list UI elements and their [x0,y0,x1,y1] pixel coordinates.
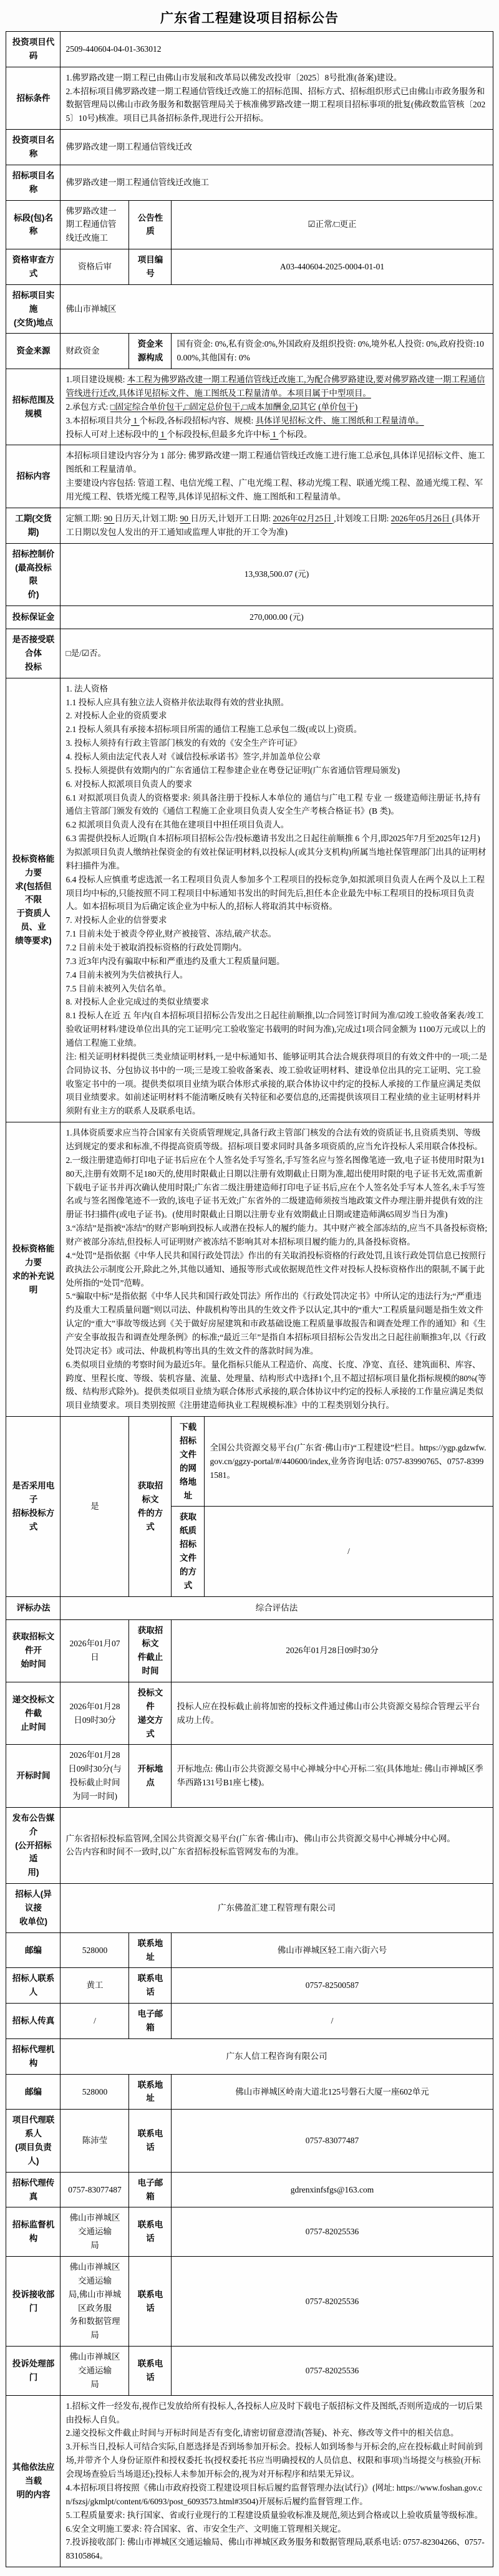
download-address-label: 下载招标文件的网络地址 [172,1417,205,1507]
funding-composition-value: 国有资金: 0%,私有资金:0%,外国政府及组织投资: 0%,境外私人投资: 0… [172,334,493,369]
tender-content-label: 招标内容 [6,445,61,508]
table-row: 投诉处理部门佛山市禅城区交通运输 局联系电话0757-82025536 [6,2347,493,2396]
table-row: 招标内容本招标项目建设内容分为 1 部分: 佛罗路改建一期工程通信管线迁改施工进… [6,445,493,508]
obtain-documents-deadline-label: 获取招标文 件截止时间 [129,1619,172,1682]
bid-submission-method-value: 投标人应在投标截止前将加密的投标文件通过佛山市公共资源交易综合管理云平台成功上传… [172,1682,493,1744]
bid-bond-value: 270,000.00 (元) [61,606,493,629]
text-segment: 个标段投标,但最多允许中标 [167,430,269,439]
table-row: 招标项目名称佛罗路改建一期工程通信管线迁改施工 [6,165,493,200]
table-row: 资格审查方式资格后审项目编号A03-440604-2025-0004-01-01 [6,249,493,285]
bid-opening-time-value: 2026年01月28日09时30分(与投标截止时间为同一时间) [61,1745,129,1807]
consortium-bid-value: □是/☑否。 [61,629,493,678]
announcement-table: 投资项目代码2509-440604-04-01-363012招标条件1.佛罗路改… [6,31,493,2567]
obtain-documents-start-value: 2026年01月07日 [61,1619,129,1682]
agency-contact-value: 陈沛莹 [61,2110,129,2172]
filled-blank-text: 90 [180,514,191,523]
table-row: 招标监督机构佛山市禅城区交通运输 局联系电话0757-82025536 [6,2207,493,2257]
table-row: 招标项目实施 (交货)地点佛山市禅城区 [6,284,493,334]
filled-blank-text: 1 [158,430,167,439]
agency-address-label: 联系地址 [129,2074,172,2110]
text-segment: 2.承包方式: [65,402,110,412]
tenderer-email-value: / [172,2004,493,2039]
tender-scope-label: 招标范围及规模 [6,369,61,445]
tenderer-address-label: 联系地址 [129,1932,172,1968]
table-row: 递交投标文件截 止时间2026年01月28日09时30分投标文件 递交方式投标人… [6,1682,493,1744]
tenderer-label: 招标人(异议接 收单位) [6,1884,61,1933]
delivery-location-label: 招标项目实施 (交货)地点 [6,284,61,334]
table-row: 开标时间2026年01月28日09时30分(与投标截止时间为同一时间)开标地点开… [6,1745,493,1807]
tenderer-postcode-label: 邮编 [6,1932,61,1968]
investment-project-name-label: 投资项目名称 [6,130,61,165]
tenderer-postcode-value: 528000 [61,1932,129,1968]
bid-submission-method-label: 投标文件 递交方式 [129,1682,172,1744]
agency-fax-value: 0757-83077487 [61,2172,129,2207]
tenderer-fax-value: / [61,2004,129,2039]
announcement-page: 广东省工程建设项目招标公告 投资项目代码2509-440604-04-01-36… [0,0,499,2576]
filled-blank-text: 具体详见招标文件、施工图纸和工程量清单。 [256,416,424,425]
tenderer-address-value: 佛山市禅城区轻工南六街六号 [172,1932,493,1968]
agency-address-value: 佛山市禅城区岭南大道北125号磐石大厦一座602单元 [172,2074,493,2110]
filled-blank-text: □固定综合单价包干,□固定总价包干,□成本加酬金,☑其它 (单价包干) [110,402,358,412]
tender-control-price-label: 招标控制价 (最高投标限 价) [6,543,61,605]
bid-section-name-value: 佛罗路改建一期工程通信管线迁改施工 [61,200,129,249]
supervision-phone-value: 0757-82025536 [172,2207,493,2257]
tender-project-name-value: 佛罗路改建一期工程通信管线迁改施工 [61,165,493,200]
table-row: 招标人联系人黄工联系电话0757-82500587 [6,1968,493,2004]
agency-phone-label: 联系电话 [129,2110,172,2172]
filled-blank-text: 2026年05月26日 [391,514,452,523]
download-address-value: 全国公共资源交易平台(广东省·佛山市)“工程建设”栏目。https://ygp.… [205,1417,493,1507]
supervision-agency-label: 招标监督机构 [6,2207,61,2257]
bid-bond-label: 投标保证金 [6,606,61,629]
complaint-handling-phone-label: 联系电话 [129,2347,172,2396]
page-title: 广东省工程建设项目招标公告 [0,0,499,31]
construction-period-label: 工期(交货期) [6,508,61,543]
tenderer-email-label: 电子邮箱 [129,2004,172,2039]
text-segment: 个标段,各标段招标内容、规模: [140,416,256,425]
funding-source-label: 资金来源 [6,334,61,369]
bid-opening-place-value: 开标地点: 佛山市公共资源交易中心禅城分中心开标二室(具体地址: 佛山市禅城区季… [172,1745,493,1807]
agency-postcode-value: 528000 [61,2074,129,2110]
delivery-location-value: 佛山市禅城区 [61,284,493,334]
table-row: 投标资格能力要 求的补充说明1.具体资质要求应当符合国家有关资质管理规定,具备行… [6,1122,493,1417]
table-row: 招标控制价 (最高投标限 价)13,938,500.07 (元) [6,543,493,605]
complaint-receiving-phone-value: 0757-82025536 [172,2257,493,2347]
project-number-value: A03-440604-2025-0004-01-01 [172,249,493,285]
filled-blank-text: 1 [131,416,140,425]
announcement-nature-label: 公告性质 [129,200,172,249]
agency-value: 广东人信工程咨询有限公司 [61,2038,493,2074]
filled-blank-text: 2026年02月25日 [273,514,334,523]
table-row: 资金来源财政资金资金来源构成国有资金: 0%,私有资金:0%,外国政府及组织投资… [6,334,493,369]
funding-composition-label: 资金来源构成 [129,334,172,369]
paper-documents-value: / [205,1507,493,1596]
text-segment: 日历天,计划开工日期: [190,514,273,523]
table-row: 标段(包)名称佛罗路改建一期工程通信管线迁改施工公告性质☑正常/□更正 [6,200,493,249]
text-segment: 定额工期: [65,514,104,523]
supervision-agency-value: 佛山市禅城区交通运输 局 [61,2207,129,2257]
investment-project-code-value: 2509-440604-04-01-363012 [61,32,493,67]
table-row: 评标办法综合评估法 [6,1596,493,1619]
table-row: 是否接受联合体 投标□是/☑否。 [6,629,493,678]
table-row: 招标人(异议接 收单位)广东佛盈汇建工程管理有限公司 [6,1884,493,1933]
table-row: 是否采用电子 招标投标方式是获取招标文 件的方式下载招标文件的网络地址全国公共资… [6,1417,493,1507]
text-segment: ,计划竣工日期: [334,514,391,523]
investment-project-code-label: 投资项目代码 [6,32,61,67]
table-row: 投标资格能力要 求(包括但不限 于资质人员、业 绩等要求)1. 法人资格 1.1… [6,678,493,1122]
complaint-handling-label: 投诉处理部门 [6,2347,61,2396]
consortium-bid-label: 是否接受联合体 投标 [6,629,61,678]
agency-email-label: 电子邮箱 [129,2172,172,2207]
other-content-value: 1.招标文件一经发布,视作已发放给所有投标人,各投标人应及时下载电子版招标文件及… [61,2395,493,2567]
text-segment: 个标段。 [278,430,312,439]
obtain-documents-deadline-value: 2026年01月28日09时30分 [172,1619,493,1682]
bid-opening-place-label: 开标地点 [129,1745,172,1807]
qualification-supplement-label: 投标资格能力要 求的补充说明 [6,1122,61,1417]
table-row: 招标人传真/电子邮箱/ [6,2004,493,2039]
complaint-receiving-phone-label: 联系电话 [129,2257,172,2347]
complaint-handling-value: 佛山市禅城区交通运输 局 [61,2347,129,2396]
tenderer-value: 广东佛盈汇建工程管理有限公司 [61,1884,493,1933]
evaluation-method-value: 综合评估法 [61,1596,493,1619]
qualification-review-method-value: 资格后审 [61,249,129,285]
announcement-media-label: 发布公告媒介 (公开招标适 用) [6,1807,61,1883]
construction-period-value: 定额工期: 90 日历天,计划工期: 90 日历天,计划开工日期: 2026年0… [61,508,493,543]
announcement-media-value: 广东省招标投标监管网,全国公共资源交易平台(广东省·佛山市)、佛山市公共资源交易… [61,1807,493,1883]
table-row: 其他依法应当载 明的内容1.招标文件一经发布,视作已发放给所有投标人,各投标人应… [6,2395,493,2567]
complaint-receiving-label: 投诉接收部门 [6,2257,61,2347]
tenderer-phone-value: 0757-82500587 [172,1968,493,2004]
agency-fax-label: 招标代理传真 [6,2172,61,2207]
obtain-documents-method-label: 获取招标文 件的方式 [129,1417,172,1596]
announcement-table-body: 投资项目代码2509-440604-04-01-363012招标条件1.佛罗路改… [6,32,493,2567]
tenderer-fax-label: 招标人传真 [6,2004,61,2039]
table-row: 招标范围及规模1.项目建设规模: 本工程为佛罗路改建一期工程通信管线迁改施工,为… [6,369,493,445]
table-row: 投诉接收部门佛山市禅城区交通运输 局,佛山市禅城区政务服 务和数据管理局联系电话… [6,2257,493,2347]
table-row: 工期(交货期)定额工期: 90 日历天,计划工期: 90 日历天,计划开工日期:… [6,508,493,543]
paper-documents-label: 获取纸质招标文件的方式 [172,1507,205,1596]
qualification-review-method-label: 资格审查方式 [6,249,61,285]
filled-blank-text: 1 [270,430,279,439]
agency-label: 招标代理机构 [6,2038,61,2074]
table-row: 投标保证金270,000.00 (元) [6,606,493,629]
tenderer-phone-label: 联系电话 [129,1968,172,2004]
table-row: 招标代理机构广东人信工程咨询有限公司 [6,2038,493,2074]
tender-control-price-value: 13,938,500.07 (元) [61,543,493,605]
bid-section-name-label: 标段(包)名称 [6,200,61,249]
announcement-nature-value: ☑正常/□更正 [172,200,493,249]
table-row: 项目代理联系人 (项目负责人)陈沛莹联系电话0757-83077487 [6,2110,493,2172]
bid-opening-time-label: 开标时间 [6,1745,61,1807]
filled-blank-text: 本工程为佛罗路改建一期工程通信管线迁改施工,为配合佛罗路建设,要对佛罗路改建一期… [65,375,485,398]
agency-postcode-label: 邮编 [6,2074,61,2110]
investment-project-name-value: 佛罗路改建一期工程通信管线迁改 [61,130,493,165]
evaluation-method-label: 评标办法 [6,1596,61,1619]
text-segment: 日历天,计划工期: [114,514,180,523]
project-number-label: 项目编号 [129,249,172,285]
text-segment: 投标人可对上述标段中的 [65,430,158,439]
supervision-phone-label: 联系电话 [129,2207,172,2257]
funding-source-value: 财政资金 [61,334,129,369]
tender-content-value: 本招标项目建设内容分为 1 部分: 佛罗路改建一期工程通信管线迁改施工进行施工总… [61,445,493,508]
tender-project-name-label: 招标项目名称 [6,165,61,200]
table-row: 投资项目名称佛罗路改建一期工程通信管线迁改 [6,130,493,165]
tenderer-contact-value: 黄工 [61,1968,129,2004]
tender-scope-value: 1.项目建设规模: 本工程为佛罗路改建一期工程通信管线迁改施工,为配合佛罗路建设… [61,369,493,445]
complaint-handling-phone-value: 0757-82025536 [172,2347,493,2396]
filled-blank-text: 90 [104,514,115,523]
table-row: 邮编528000联系地址佛山市禅城区轻工南六街六号 [6,1932,493,1968]
bid-submission-deadline-label: 递交投标文件截 止时间 [6,1682,61,1744]
tender-conditions-label: 招标条件 [6,67,61,129]
other-content-label: 其他依法应当载 明的内容 [6,2395,61,2567]
table-row: 招标条件1.佛罗路改建一期工程已由佛山市发展和改革局以佛发改投审〔2025〕8号… [6,67,493,129]
agency-phone-value: 0757-83077487 [172,2110,493,2172]
electronic-bidding-label: 是否采用电子 招标投标方式 [6,1417,61,1596]
table-row: 投资项目代码2509-440604-04-01-363012 [6,32,493,67]
tender-conditions-value: 1.佛罗路改建一期工程已由佛山市发展和改革局以佛发改投审〔2025〕8号批准(备… [61,67,493,129]
agency-email-value: gdrenxinfsfgs@163.com [172,2172,493,2207]
text-segment: 3.本招标项目共分 [65,416,131,425]
bid-submission-deadline-value: 2026年01月28日09时30分 [61,1682,129,1744]
table-row: 获取招标文件开 始时间2026年01月07日获取招标文 件截止时间2026年01… [6,1619,493,1682]
bidder-qualification-value: 1. 法人资格 1.1 投标人应具有独立法人资格并依法取得有效的营业执照。 2.… [61,678,493,1122]
complaint-receiving-value: 佛山市禅城区交通运输 局,佛山市禅城区政务服 务和数据管理局 [61,2257,129,2347]
electronic-bidding-value: 是 [61,1417,129,1596]
text-segment: 1.项目建设规模: [65,375,127,384]
table-row: 邮编528000联系地址佛山市禅城区岭南大道北125号磐石大厦一座602单元 [6,2074,493,2110]
tenderer-contact-label: 招标人联系人 [6,1968,61,2004]
obtain-documents-start-label: 获取招标文件开 始时间 [6,1619,61,1682]
table-row: 招标代理传真0757-83077487电子邮箱gdrenxinfsfgs@163… [6,2172,493,2207]
qualification-supplement-value: 1.具体资质要求应当符合国家有关资质管理规定,具备行政主管部门核发的合法有效的资… [61,1122,493,1417]
table-row: 发布公告媒介 (公开招标适 用)广东省招标投标监管网,全国公共资源交易平台(广东… [6,1807,493,1883]
agency-contact-label: 项目代理联系人 (项目负责人) [6,2110,61,2172]
bidder-qualification-label: 投标资格能力要 求(包括但不限 于资质人员、业 绩等要求) [6,678,61,1122]
